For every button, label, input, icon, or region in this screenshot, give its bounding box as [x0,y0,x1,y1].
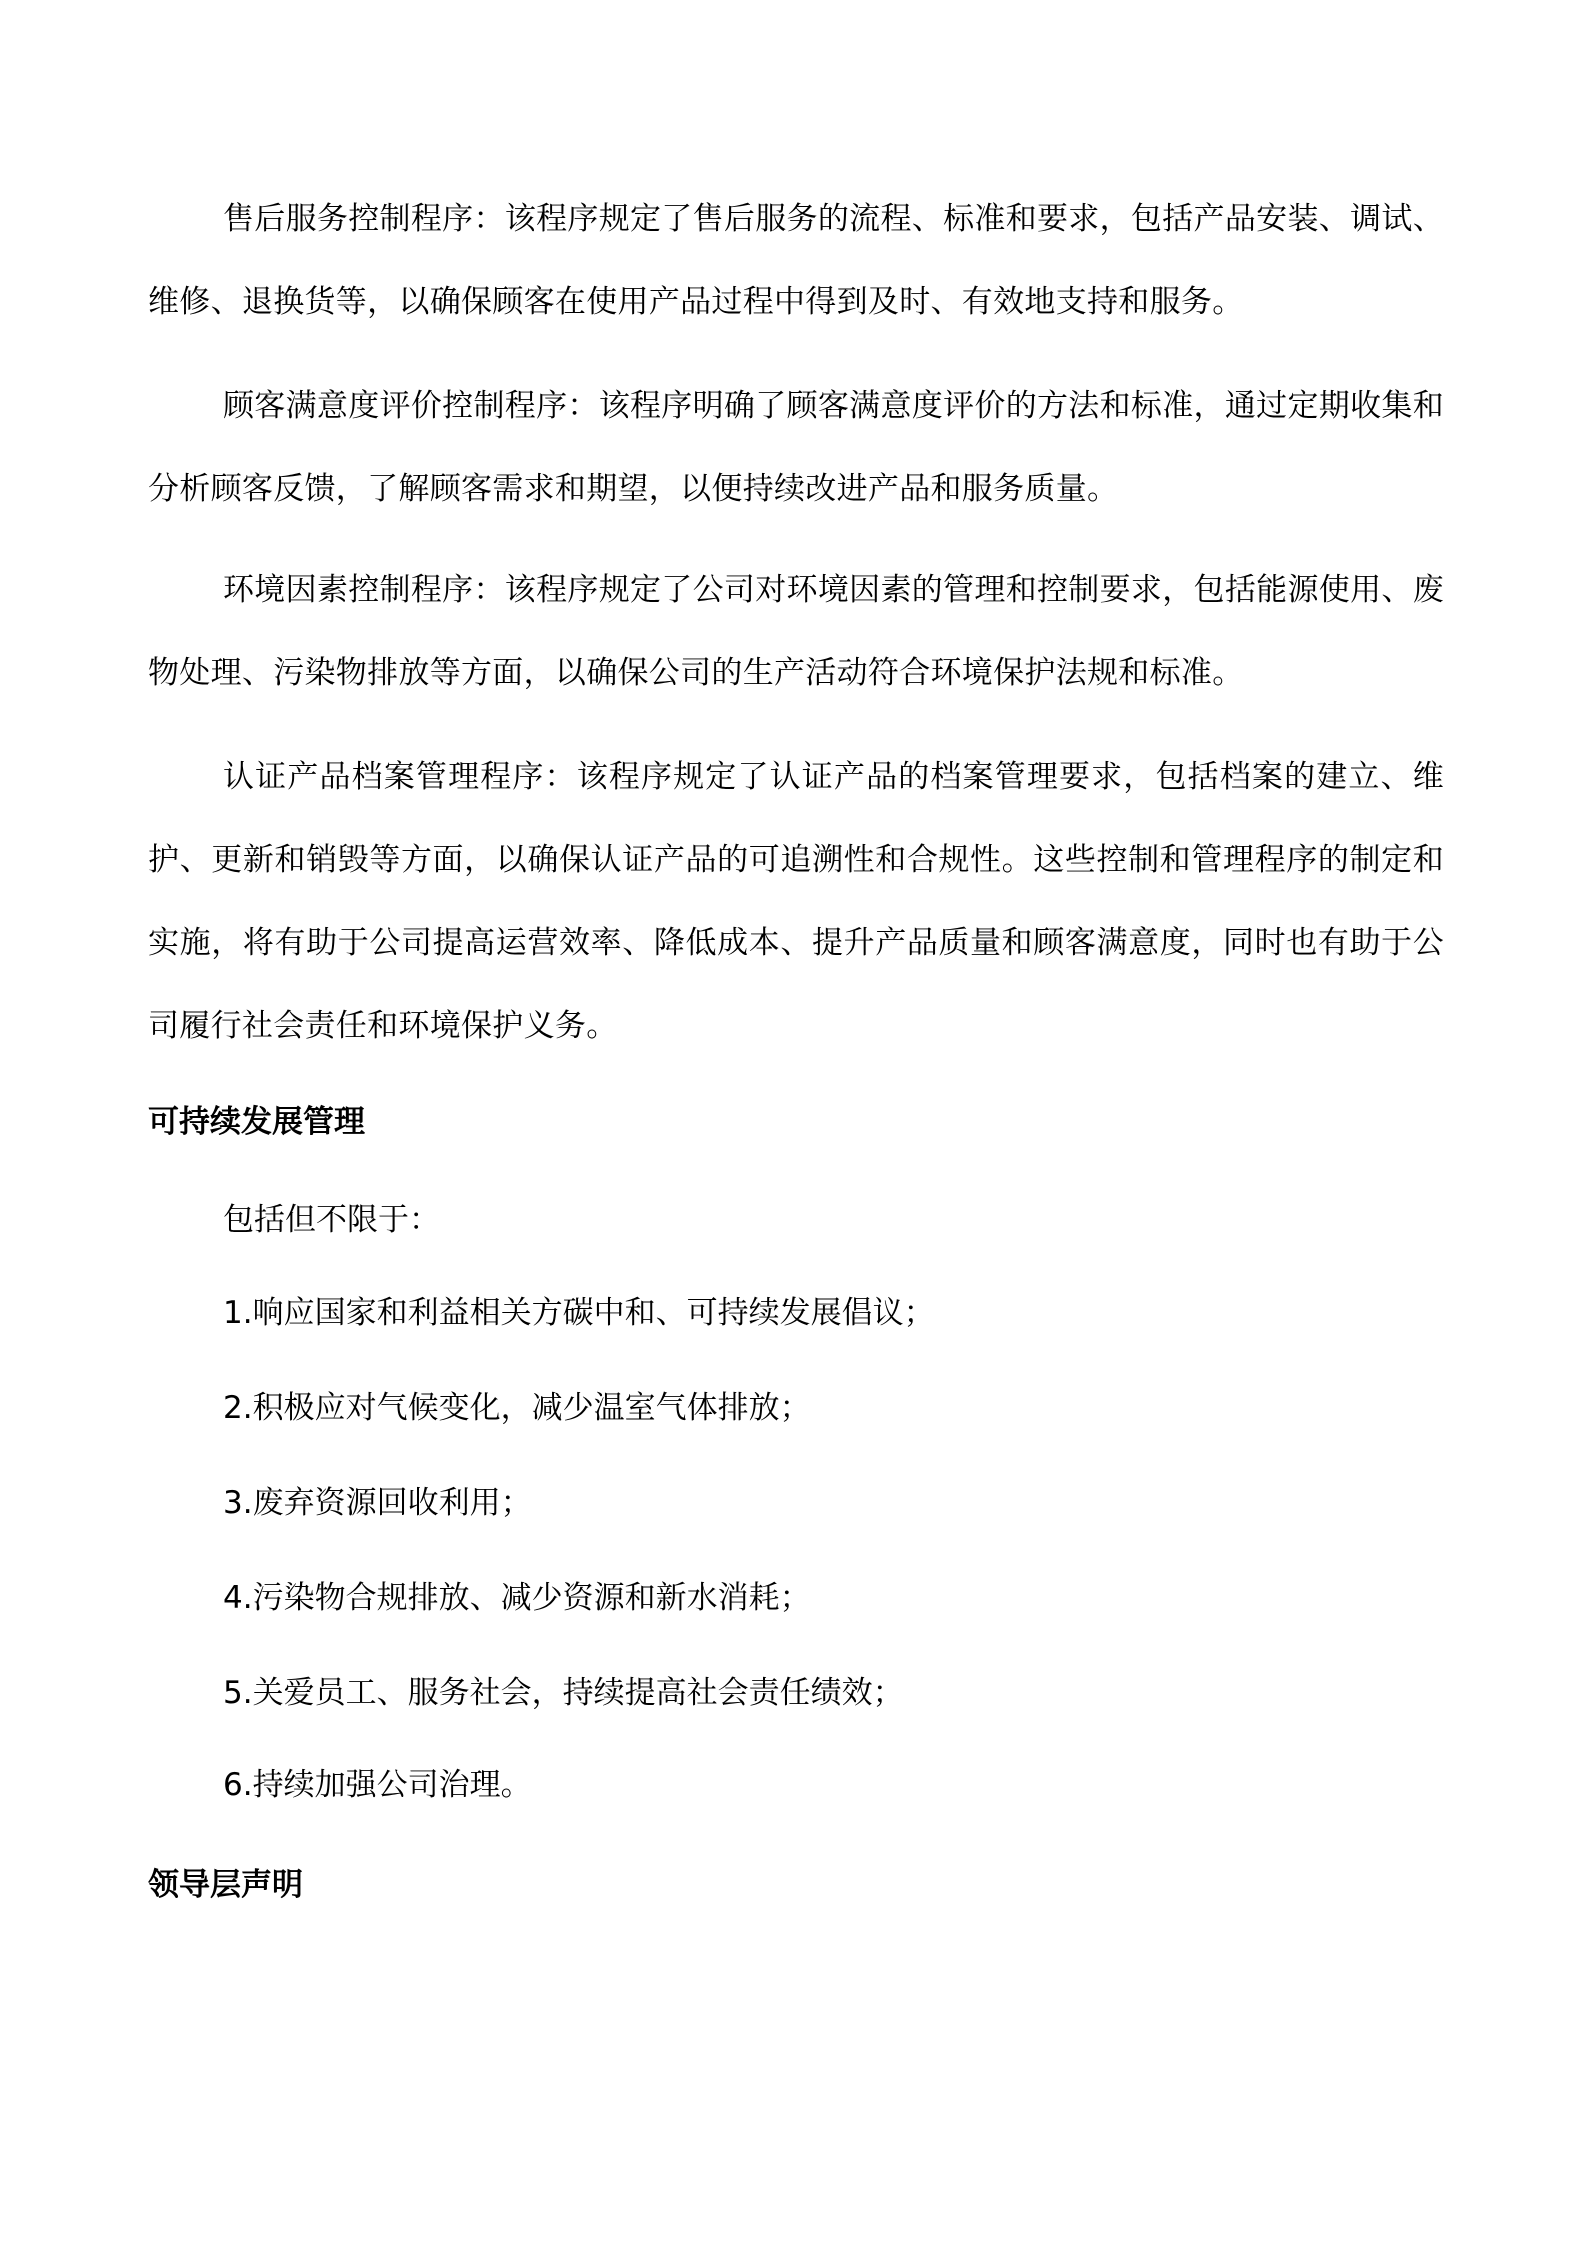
sustainability-intro: 包括但不限于： [223,1200,440,1240]
paragraph-after-sales-service: 售后服务控制程序：该程序规定了售后服务的流程、标准和要求，包括产品安装、调试、维… [148,178,1444,344]
list-item: 5.关爱员工、服务社会，持续提高社会责任绩效； [223,1673,904,1713]
section-heading-sustainability: 可持续发展管理 [148,1102,365,1142]
paragraph-certified-product-archives: 认证产品档案管理程序：该程序规定了认证产品的档案管理要求，包括档案的建立、维护、… [148,736,1444,1068]
list-item: 3.废弃资源回收利用； [223,1483,532,1523]
paragraph-customer-satisfaction: 顾客满意度评价控制程序：该程序明确了顾客满意度评价的方法和标准，通过定期收集和分… [148,365,1444,531]
paragraph-environmental-factors: 环境因素控制程序：该程序规定了公司对环境因素的管理和控制要求，包括能源使用、废物… [148,549,1444,715]
section-heading-leadership: 领导层声明 [148,1865,303,1905]
list-item: 1.响应国家和利益相关方碳中和、可持续发展倡议； [223,1293,935,1333]
list-item: 4.污染物合规排放、减少资源和新水消耗； [223,1578,811,1618]
list-item: 6.持续加强公司治理。 [223,1765,532,1805]
list-item: 2.积极应对气候变化，减少温室气体排放； [223,1388,811,1428]
